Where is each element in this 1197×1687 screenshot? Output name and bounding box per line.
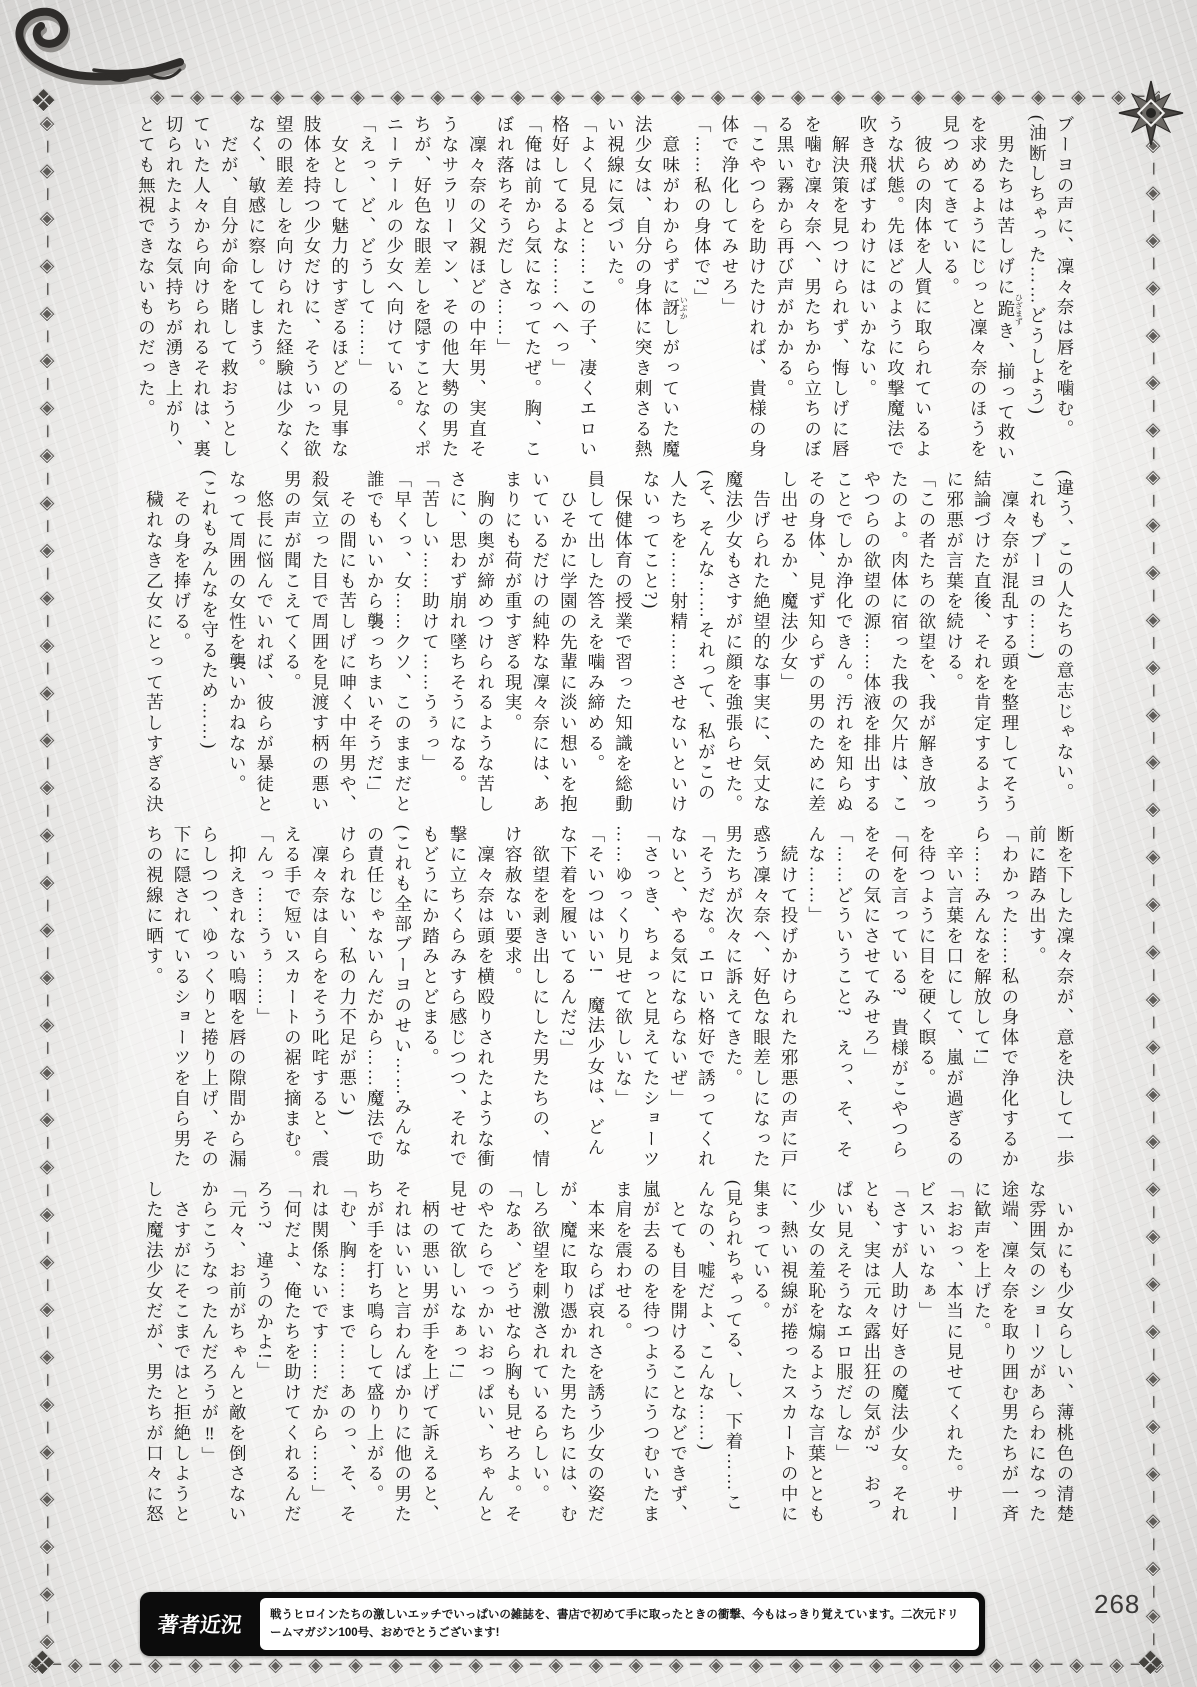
text-column: なく、敏感に察してしまう。 [242,115,270,467]
text-column: 「おおっ、本当に見せてくれた。サー [940,1180,968,1532]
text-column: ら……みんなを解放して!」 [968,825,996,1177]
text-column: (そ、そんな……それって、私がこの [692,470,720,822]
text-column: 穢れなき乙女にとって苦しすぎる決 [140,470,168,822]
text-column: 「よく見ると……この子、凄くエロい [573,115,601,467]
text-column: (見られちゃってる、し、下着……こ [719,1180,747,1532]
text-column: (油断しちゃった……どうしよう) [1023,115,1051,467]
text-column: 前に踏み出す。 [1023,825,1051,1177]
text-column: し出せるか、魔法少女」 [774,470,802,822]
text-column: 胸の奥が締めつけられるような苦し [471,470,499,822]
text-column: ちの視線に晒す。 [140,825,168,1177]
corner-ornament-icon: ❖ [1136,1644,1165,1682]
text-column: 集まっている。 [747,1180,775,1532]
text-column: 「さすが人助け好きの魔法少女。それ [885,1180,913,1532]
text-column: その身体、見ず知らずの男のために差 [802,470,830,822]
text-band-4: いかにも少女らしい、薄桃色の清楚な雰囲気のショーツがあらわになった途端、凜々奈を… [138,1180,1078,1532]
text-column: うなサラリーマン、その他大勢の男た [435,115,463,467]
text-column: ブーヨの声に、凜々奈は唇を噛む。 [1050,115,1078,467]
text-column: 下に隠されているショーツを自ら男た [167,825,195,1177]
text-column: れは関係ないです……だから……」 [305,1180,333,1532]
text-column: ビスいいなぁ」 [912,1180,940,1532]
text-column: 「俺は前から気になってたぜ。胸、こ [518,115,546,467]
author-note-panel: 戦うヒロインたちの激しいエッチでいっぱいの雑誌を、書店で初めて手に取ったときの衝… [260,1598,979,1650]
text-column: 結論づけた直後、それを肯定するよう [968,470,996,822]
text-column: その間にも苦しげに呻く中年男や、 [333,470,361,822]
text-column: 「早くっ、女……クソ、このままだと [388,470,416,822]
text-column: うな状態。先ほどのように攻撃魔法で [881,115,909,467]
text-column: ないと、やる気にならないぜ」 [664,825,692,1177]
text-column: な雰囲気のショーツがあらわになった [1023,1180,1051,1532]
text-column: ま肩を震わせる。 [609,1180,637,1532]
text-column: (これもみんなを守るため……) [195,470,223,822]
text-column: ニーテールの少女へ向けている。 [380,115,408,467]
text-column: 凜々奈は自らをそう叱咤すると、震 [305,825,333,1177]
text-column: した魔法少女だが、男たちが口々に怒 [140,1180,168,1532]
text-column: 見せて欲しいなぁっ!」 [443,1180,471,1532]
text-column: 「そいつはいい! 魔法少女は、どん [581,825,609,1177]
text-column: 「元々、お前がちゃんと敵を倒さない [223,1180,251,1532]
text-column: 望の眼差しを向けられた経験は少なく [270,115,298,467]
text-column: 体で浄化してみせろ」 [715,115,743,467]
border-chain-right: ◈─◈─◈─◈─◈─◈─◈─◈─◈─◈─◈─◈─◈─◈─◈─◈─◈─◈─◈─◈─… [1140,134,1164,1654]
text-column: 抑えきれない嗚咽を唇の隙間から漏 [223,825,251,1177]
text-column: ていた人々から向けられるそれは、裏 [187,115,215,467]
text-column: い視線に気づいた。 [601,115,629,467]
text-column: さに、思わず崩れ墜ちそうになる。 [443,470,471,822]
text-column: 嵐が去るのを待つようにうつむいたま [637,1180,665,1532]
text-column: な下着を履いてるんだ?」 [554,825,582,1177]
text-column: ちが手を打ち鳴らして盛り上がる。 [361,1180,389,1532]
text-column: からこうなったんだろうが‼」 [195,1180,223,1532]
text-column: もどうにか踏みとどまる。 [416,825,444,1177]
text-column: 凜々奈の父親ほどの中年男、実直そ [463,115,491,467]
text-column: だが、自分が命を賭して救おうとし [215,115,243,467]
text-band-3: 断を下した凜々奈が、意を決して一歩前に踏み出す。「わかった……私の身体で浄化する… [138,825,1078,1177]
text-column: 断を下した凜々奈が、意を決して一歩 [1050,825,1078,1177]
text-column: が、魔に取り憑かれた男たちには、む [554,1180,582,1532]
text-column: ろう? 違うのかよ!」 [250,1180,278,1532]
text-column: に歓声を上げた。 [968,1180,996,1532]
text-column: ことでしか浄化できん。汚れを知らぬ [830,470,858,822]
author-note-text: 戦うヒロインたちの激しいエッチでいっぱいの雑誌を、書店で初めて手に取ったときの衝… [270,1606,969,1643]
text-column: 本来ならば哀れさを誘う少女の姿だ [581,1180,609,1532]
text-column: 告げられた絶望的な事実に、気丈な [747,470,775,822]
text-column: 辛い言葉を口にして、嵐が過ぎるの [940,825,968,1177]
text-column: 悠長に悩んでいれば、彼らが暴徒と [250,470,278,822]
text-column: 肢体を持つ少女だけに、そういった欲 [297,115,325,467]
text-column: んな……」 [802,825,830,1177]
text-column: を待つように目を硬く瞑る。 [912,825,940,1177]
text-column: なって周囲の女性を襲いかねない。 [223,470,251,822]
text-column: 誰でもいいから襲っちまいそうだ!」 [361,470,389,822]
text-column: それはいいと言わんばかりに他の男た [388,1180,416,1532]
text-column: 「む、胸……まで……あのっ、そ、そ [333,1180,361,1532]
author-note-label: 著者近況 [138,1609,261,1639]
text-column: けられない、私の力不足が悪い) [333,825,361,1177]
text-column: 少女の羞恥を煽るような言葉ととも [802,1180,830,1532]
text-column: 保健体育の授業で習った知識を総動 [609,470,637,822]
text-column: 男たちは苦しげに跪ひざまずき、揃って救い [991,115,1023,467]
text-column: 意味がわからずに訝いぶかしがっていた魔 [656,115,688,467]
text-column: 人たちを……射精……させないといけ [664,470,692,822]
text-column: 解決策を見つけられず、悔しげに唇 [826,115,854,467]
text-column: ……ゆっくり見せて欲しいな」 [609,825,637,1177]
text-column: に、熱い視線が捲ったスカートの中に [774,1180,802,1532]
text-band-1: ブーヨの声に、凜々奈は唇を噛む。(油断しちゃった……どうしよう) 男たちは苦しげ… [138,115,1078,467]
text-column: いかにも少女らしい、薄桃色の清楚 [1050,1180,1078,1532]
author-note-box: 著者近況 戦うヒロインたちの激しいエッチでいっぱいの雑誌を、書店で初めて手に取っ… [140,1592,985,1656]
text-column: ぼれ落ちそうだしさ……」 [491,115,519,467]
text-band-2: (違う、この人たちの意志じゃない。これもブーヨの……) 凜々奈が混乱する頭を整理… [138,470,1078,822]
text-column: いているだけの純粋な凜々奈には、あ [526,470,554,822]
text-column: 「何だよ、俺たちを助けてくれるんだ [278,1180,306,1532]
text-column: をその気にさせてみせろ」 [857,825,885,1177]
border-chain-bottom: ◈─◈─◈─◈─◈─◈─◈─◈─◈─◈─◈─◈─◈─◈─◈─◈─◈─◈─◈─◈─… [28,1654,1168,1678]
border-chain-top: ◈─◈─◈─◈─◈─◈─◈─◈─◈─◈─◈─◈─◈─◈─◈─◈─◈─◈─◈─◈─… [150,86,1160,110]
text-column: 凜々奈が混乱する頭を整理してそう [995,470,1023,822]
text-column: 法少女は、自分の身体に突き刺さる熱 [629,115,657,467]
text-column: 切られたような気持ちが湧き上がり、 [159,115,187,467]
text-column: 見つめてきている。 [936,115,964,467]
text-column: のやたらでっかいおっぱい、ちゃんと [471,1180,499,1532]
text-column: やつらの欲望の源……体液を排出する [857,470,885,822]
text-column: さすがにそこまではと拒絶しようと [167,1180,195,1532]
text-column: 「何を言っている? 貴様がこやつら [885,825,913,1177]
text-column: まりにも荷が重すぎる現実。 [499,470,527,822]
text-column: える手で短いスカートの裾を摘まむ。 [278,825,306,1177]
text-column: 「……私の身体で?」 [688,115,716,467]
corner-medallion-icon [1118,80,1184,146]
corner-flourish-icon [2,4,187,92]
border-chain-left: ◈─◈─◈─◈─◈─◈─◈─◈─◈─◈─◈─◈─◈─◈─◈─◈─◈─◈─◈─◈─… [34,112,58,1652]
text-column: らしつつ、ゆっくりと捲り上げ、その [195,825,223,1177]
text-column: 「……どういうこと? えっ、そ、そ [830,825,858,1177]
text-column: 彼らの肉体を人質に取られているよ [908,115,936,467]
text-column: 惑う凜々奈へ、好色な眼差しになった [747,825,775,1177]
text-column: 「んっ……うぅ……」 [250,825,278,1177]
text-column: んなの、嘘だよ、こんな……) [692,1180,720,1532]
text-column: たのよ。肉体に宿った我の欠片は、こ [885,470,913,822]
text-column: 格好してるよな……へへっ」 [546,115,574,467]
text-column: 「なあ、どうせなら胸も見せろよ。そ [499,1180,527,1532]
text-column: ちが、好色な眼差しを隠すことなくポ [408,115,436,467]
text-column: 殺気立った目で周囲を見渡す柄の悪い [305,470,333,822]
text-column: とても目を開けることなどできず、 [664,1180,692,1532]
text-column: とも、実は元々露出狂の気が? おっ [857,1180,885,1532]
text-column: 凜々奈は頭を横殴りされたような衝 [471,825,499,1177]
text-column: 続けて投げかけられた邪悪の声に戸 [774,825,802,1177]
text-column: ないってこと?) [637,470,665,822]
text-column: 欲望を剥き出しにした男たちの、情 [526,825,554,1177]
text-column: の責任じゃないんだから……魔法で助 [361,825,389,1177]
text-column: その身を捧げる。 [167,470,195,822]
text-column: (これも全部ブーヨのせい……みんな [388,825,416,1177]
text-column: 「えっ、ど、どうして……」 [353,115,381,467]
text-column: 途端、凜々奈を取り囲む男たちが一斉 [995,1180,1023,1532]
text-column: 員して出した答えを噛み締める。 [581,470,609,822]
text-column: とても無視できないものだった。 [132,115,160,467]
text-column: これもブーヨの……) [1023,470,1051,822]
text-column: 撃に立ちくらみすら感じつつ、それで [443,825,471,1177]
text-column: ぱい見えそうなエロ服だしな」 [830,1180,858,1532]
text-column: ひそかに学園の先輩に淡い想いを抱 [554,470,582,822]
text-column: を噛む凜々奈へ、男たちから立ちのぼ [798,115,826,467]
text-column: 「そうだな。エロい格好で誘ってくれ [692,825,720,1177]
text-column: 「こやつらを助けたければ、貴様の身 [743,115,771,467]
text-column: る黒い霧から再び声がかかる。 [770,115,798,467]
corner-ornament-icon: ❖ [28,1644,57,1682]
text-column: 柄の悪い男が手を上げて訴えると、 [416,1180,444,1532]
text-column: 男たちが次々に訴えてきた。 [719,825,747,1177]
text-column: 「わかった……私の身体で浄化するか [995,825,1023,1177]
page-number: 268 [1094,1589,1140,1620]
text-column: 女として魅力的すぎるほどの見事な [325,115,353,467]
text-column: 「苦しい……助けて……うぅっ」 [416,470,444,822]
text-column: (違う、この人たちの意志じゃない。 [1050,470,1078,822]
text-column: 吹き飛ばすわけにはいかない。 [853,115,881,467]
text-column: 「さっき、ちょっと見えてたショーツ [637,825,665,1177]
text-column: しろ欲望を刺激されているらしい。 [526,1180,554,1532]
text-column: 男の声が聞こえてくる。 [278,470,306,822]
text-column: を求めるようにじっと凜々奈のほうを [964,115,992,467]
text-column: に邪悪が言葉を続ける。 [940,470,968,822]
text-column: け容赦ない要求。 [499,825,527,1177]
text-column: 「この者たちの欲望を、我が解き放っ [912,470,940,822]
text-column: 魔法少女もさすがに顔を強張らせた。 [719,470,747,822]
